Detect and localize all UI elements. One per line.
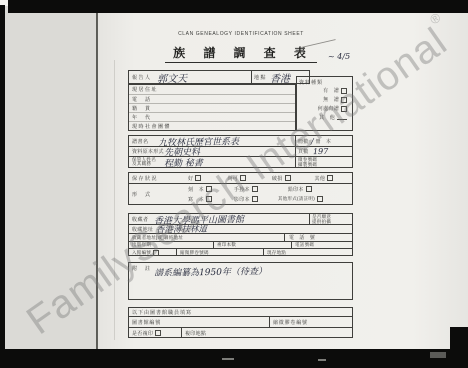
field-label: 電 話 bbox=[132, 96, 152, 103]
option-label: 手抄本 bbox=[234, 186, 250, 193]
film-scratch bbox=[318, 359, 326, 361]
reporter-name-label: 報告人 bbox=[132, 74, 152, 81]
english-title: CLAN GENEALOGY IDENTIFICATION SHEET bbox=[128, 31, 354, 37]
keeper-value: 程勤 秘書 bbox=[164, 157, 203, 167]
field-label: 現時社會團體 bbox=[132, 123, 171, 130]
field-label: 年 代 bbox=[132, 114, 152, 121]
reporter-row: 報告人 郭文天 地點 香港 bbox=[128, 70, 310, 84]
option-label: 尚可 bbox=[227, 175, 238, 182]
film-smudge bbox=[430, 352, 446, 358]
checkbox-icon bbox=[240, 175, 246, 181]
option-label: 何處有譜 bbox=[318, 105, 339, 112]
checkbox-icon bbox=[317, 196, 323, 202]
personal-info-box: 現居住址 電 話 籍 貫 年 代 現時社會團體 bbox=[128, 84, 296, 131]
address-value: 香港薄扶林道 bbox=[156, 225, 207, 234]
pub-year-label: 出版年期 bbox=[132, 242, 151, 248]
holder-label: 收藏者 bbox=[132, 216, 154, 223]
copy-label: 複印本數 bbox=[217, 242, 236, 248]
permission-label-line2: 提供拍攝 bbox=[312, 220, 352, 225]
library-box: 以下由圖書館職員填寫 圖書館編號 縮微膠卷編號 是否複印 複印地點 bbox=[128, 307, 353, 338]
checkbox-icon bbox=[306, 186, 312, 192]
checkbox-icon bbox=[206, 186, 212, 192]
checkbox-icon bbox=[153, 250, 159, 256]
book-title-label: 譜書名 bbox=[132, 138, 158, 145]
field-label: 現居住址 bbox=[132, 86, 158, 93]
field-label: 籍 貫 bbox=[132, 105, 152, 112]
phone-label: 電 話 號 bbox=[289, 234, 317, 241]
keeper-label-line2: 及其職務 bbox=[132, 162, 164, 167]
source-label: 資料原本形式 bbox=[132, 148, 164, 155]
book-info-box: 譜書名 九牧林氏歷官世系表 冊數 ∕ 冊 本 資料原本形式 先朝史料 頁數 19… bbox=[128, 135, 353, 168]
option-label: 刻 本 bbox=[188, 186, 204, 193]
library-no-label: 圖書館編號 bbox=[132, 319, 161, 326]
option-label: 寫 本 bbox=[188, 196, 204, 203]
checkbox-icon bbox=[252, 196, 258, 202]
film-scratch bbox=[222, 358, 234, 360]
film-bar-left bbox=[0, 5, 5, 350]
volumes-unit: 冊 本 bbox=[315, 138, 331, 145]
film-bar-bottom bbox=[0, 349, 468, 368]
checkbox-icon bbox=[341, 97, 347, 103]
facing-page bbox=[5, 6, 97, 349]
reporter-name-value: 郭文天 bbox=[156, 71, 186, 83]
place-value: 香港 bbox=[270, 71, 290, 83]
option-label: 好 bbox=[188, 175, 193, 182]
volumes-label: 冊數 bbox=[298, 138, 309, 145]
blank-line bbox=[337, 115, 347, 120]
holder-value: 香港大學馮平山圖書館 bbox=[154, 214, 244, 224]
remarks-box: 附 註 譜系編纂為1950年（待查） bbox=[128, 262, 353, 300]
film-no-label-line2: 攝製號碼 bbox=[298, 163, 352, 168]
library-header: 以下由圖書館職員填寫 bbox=[132, 309, 192, 316]
material-type-box: 資料種類 有 譜 無 譜 何處有譜 其 他 bbox=[296, 76, 353, 131]
checkbox-icon bbox=[327, 175, 333, 181]
format-label: 形 式 bbox=[132, 191, 172, 198]
option-label: 破損 bbox=[272, 175, 283, 182]
option-label: 影印本 bbox=[234, 196, 250, 203]
film-corner-wedge bbox=[450, 327, 468, 349]
microfilm-no-label: 縮微膠卷編號 bbox=[273, 319, 308, 326]
copied-label: 是否複印 bbox=[132, 330, 153, 337]
microfilm-scan: CLAN GENEALOGY IDENTIFICATION SHEET 族 譜 … bbox=[0, 0, 468, 368]
checkbox-icon bbox=[252, 186, 258, 192]
form-title-text: 族 譜 調 查 表 bbox=[165, 46, 317, 63]
remarks-value: 譜系編纂為1950年（待查） bbox=[154, 264, 267, 276]
condition-format-box: 保存狀況 好 尚可 破損 其他 形 式 刻 本 手抄本 鉛印本 bbox=[128, 172, 353, 205]
checkbox-icon bbox=[155, 330, 161, 336]
fold-line bbox=[114, 60, 115, 340]
option-label: 其他 bbox=[315, 175, 326, 182]
option-label: 其 他 bbox=[319, 114, 335, 121]
volumes-value: ∕ bbox=[311, 136, 314, 145]
source-value: 先朝史料 bbox=[164, 147, 200, 156]
location-label: 現存地點 bbox=[267, 250, 286, 256]
checkbox-icon bbox=[206, 196, 212, 202]
material-type-header: 資料種類 bbox=[297, 77, 352, 86]
condition-label: 保存狀況 bbox=[132, 175, 172, 182]
microfilm-label: 縮微膠卷號碼 bbox=[180, 250, 209, 256]
checkbox-icon bbox=[195, 175, 201, 181]
form-title: 族 譜 調 查 表 bbox=[128, 44, 354, 62]
option-label: 鉛印本 bbox=[288, 186, 304, 193]
copy-place-label: 複印地點 bbox=[185, 330, 206, 337]
remarks-label: 附 註 bbox=[132, 265, 154, 272]
entry-label: 入館編號 bbox=[132, 250, 151, 256]
option-label: 無 譜 bbox=[323, 96, 339, 103]
option-label: 有 譜 bbox=[323, 87, 339, 94]
pages-label: 頁數 bbox=[298, 148, 309, 155]
collection-box: 收藏者 香港大學馮平山圖書館 是否願意 提供拍攝 收藏地址 香港薄扶林道 收藏者… bbox=[128, 213, 353, 256]
book-title-value: 九牧林氏歷官世系表 bbox=[158, 136, 239, 146]
film-bar-top bbox=[8, 0, 468, 13]
tel-label: 電話號碼 bbox=[295, 242, 314, 248]
page-note: ~ 4/5 bbox=[328, 52, 350, 61]
checkbox-icon bbox=[341, 106, 347, 112]
checkbox-icon bbox=[285, 175, 291, 181]
contact-label: 收藏者地址[或]聯絡地址 bbox=[132, 235, 183, 241]
option-label: 其他形式(請註明) bbox=[278, 196, 315, 202]
place-label: 地點 bbox=[254, 74, 267, 81]
checkbox-icon bbox=[341, 88, 347, 94]
pages-value: 197 bbox=[313, 147, 328, 156]
address-label: 收藏地址 bbox=[132, 226, 156, 233]
